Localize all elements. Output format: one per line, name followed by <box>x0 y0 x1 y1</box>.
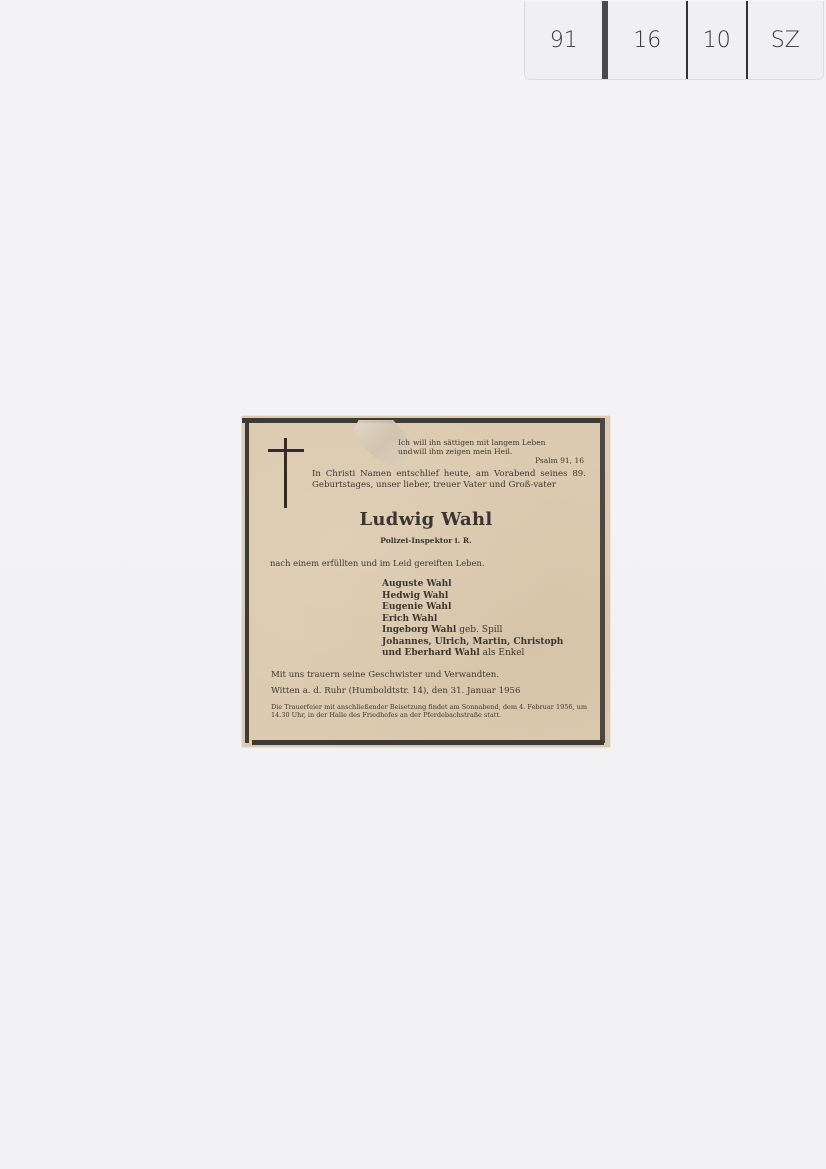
mourner: Johannes, Ulrich, Martin, Christoph <box>382 637 602 649</box>
deceased-rank: Polizei-Inspektor i. R. <box>242 536 610 545</box>
obituary-clipping: Ich will ihn sättigen mit langem Leben u… <box>242 416 610 747</box>
index-cell-1: 91 <box>525 1 602 79</box>
psalm-line-2: will ihm zeigen mein Heil. <box>413 447 512 456</box>
relatives-line: Mit uns trauern seine Geschwister und Ve… <box>271 670 591 680</box>
index-tab: 91 16 10 SZ <box>524 1 824 80</box>
border-top <box>242 418 602 423</box>
psalm-lead-2: und <box>398 447 413 456</box>
psalm-line-1: will ihn sättigen mit langem Leben <box>413 438 545 447</box>
mourner: Ingeborg Wahl geb. Spill <box>382 625 602 637</box>
index-cell-3: 10 <box>686 1 746 79</box>
mourner: Hedwig Wahl <box>382 591 602 603</box>
mourner: Auguste Wahl <box>382 579 602 591</box>
border-bottom <box>252 740 604 745</box>
deceased-name: Ludwig Wahl <box>242 509 610 530</box>
mourners-list: Auguste Wahl Hedwig Wahl Eugenie Wahl Er… <box>382 579 602 660</box>
mourner: Eugenie Wahl <box>382 602 602 614</box>
border-left <box>245 418 249 743</box>
funeral-notice: Die Trauerfeier mit anschließender Beise… <box>271 704 587 719</box>
mourner: und Eberhard Wahl als Enkel <box>382 648 602 660</box>
index-cell-4: SZ <box>746 1 823 79</box>
index-cell-2: 16 <box>602 1 685 79</box>
intro-text: In Christi Namen entschlief heute, am Vo… <box>312 469 586 490</box>
psalm-quote: Ich will ihn sättigen mit langem Leben u… <box>398 438 584 465</box>
place-date-line: Witten a. d. Ruhr (Humboldtstr. 14), den… <box>271 686 591 696</box>
psalm-lead-1: Ich <box>398 438 413 447</box>
life-phrase: nach einem erfüllten und im Leid gereift… <box>270 558 590 568</box>
mourner: Erich Wahl <box>382 614 602 626</box>
psalm-reference: Psalm 91, 16 <box>398 456 584 465</box>
